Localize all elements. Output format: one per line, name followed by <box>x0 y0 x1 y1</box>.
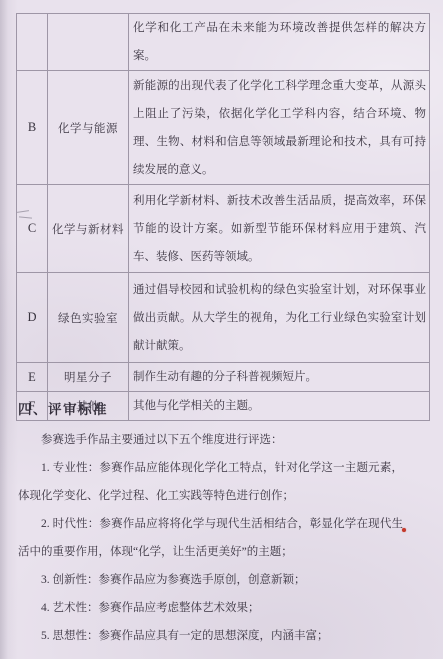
table-row-c: C 化学与新材料 利用化学新材料、新技术改善生活品质，提高效率，环保节能的设计方… <box>17 185 430 273</box>
criteria-intro: 参赛选手作品主要通过以下五个维度进行评选： <box>18 426 403 454</box>
topic-description-cell: 化学和化工产品在未来能为环境改善提供怎样的解决方案。 <box>129 14 430 71</box>
topic-letter-cell <box>17 14 48 71</box>
table-row-continuation: 化学和化工产品在未来能为环境改善提供怎样的解决方案。 <box>17 14 430 71</box>
criteria-item-3: 3. 创新性：参赛作品应为参赛选手原创，创意新颖； <box>18 566 403 594</box>
section-heading: 四、评审标准 <box>18 399 403 421</box>
topic-letter-cell: C <box>17 185 48 273</box>
topic-theme-cell <box>48 14 129 71</box>
topic-description-text: 利用化学新材料、新技术改善生活品质，提高效率，环保节能的设计方案。如新型节能环保… <box>133 187 426 271</box>
topic-description-text: 通过倡导校园和试验机构的绿色实验室计划，对环保事业做出贡献。从大学生的视角，为化… <box>133 276 426 360</box>
scanned-document-page: 化学和化工产品在未来能为环境改善提供怎样的解决方案。 B 化学与能源 新能源的出… <box>0 0 443 659</box>
table-row-d: D 绿色实验室 通过倡导校园和试验机构的绿色实验室计划，对环保事业做出贡献。从大… <box>17 273 430 363</box>
competition-topics-table: 化学和化工产品在未来能为环境改善提供怎样的解决方案。 B 化学与能源 新能源的出… <box>16 13 430 421</box>
topic-letter-cell: D <box>17 273 48 363</box>
topic-description-cell: 利用化学新材料、新技术改善生活品质，提高效率，环保节能的设计方案。如新型节能环保… <box>129 185 430 273</box>
criteria-item-1: 1. 专业性：参赛作品应能体现化学化工特点，针对化学这一主题元素，体现化学变化、… <box>18 454 403 510</box>
topic-description-text: 制作生动有趣的分子科普视频短片。 <box>133 363 426 391</box>
topic-description-text: 新能源的出现代表了化学化工科学理念重大变革，从源头上阻止了污染，依据化学化工学科… <box>133 72 426 184</box>
topic-theme-cell: 化学与新材料 <box>48 185 129 273</box>
topic-theme-cell: 明星分子 <box>48 363 129 392</box>
topic-description-text: 化学和化工产品在未来能为环境改善提供怎样的解决方案。 <box>133 14 426 70</box>
topic-description-cell: 通过倡导校园和试验机构的绿色实验室计划，对环保事业做出贡献。从大学生的视角，为化… <box>129 273 430 363</box>
topic-letter-cell: B <box>17 71 48 185</box>
criteria-item-2: 2. 时代性：参赛作品应将将化学与现代生活相结合，彰显化学在现代生活中的重要作用… <box>18 510 403 566</box>
review-criteria-section: 四、评审标准 参赛选手作品主要通过以下五个维度进行评选： 1. 专业性：参赛作品… <box>18 399 403 650</box>
table-row-e: E 明星分子 制作生动有趣的分子科普视频短片。 <box>17 363 430 392</box>
criteria-item-4: 4. 艺术性：参赛作品应考虑整体艺术效果； <box>18 594 403 622</box>
topic-theme-cell: 化学与能源 <box>48 71 129 185</box>
topic-description-cell: 新能源的出现代表了化学化工科学理念重大变革，从源头上阻止了污染，依据化学化工学科… <box>129 71 430 185</box>
topic-theme-cell: 绿色实验室 <box>48 273 129 363</box>
red-ink-dot <box>402 528 406 532</box>
topic-description-cell: 制作生动有趣的分子科普视频短片。 <box>129 363 430 392</box>
table-row-b: B 化学与能源 新能源的出现代表了化学化工科学理念重大变革，从源头上阻止了污染，… <box>17 71 430 185</box>
topic-letter-cell: E <box>17 363 48 392</box>
criteria-item-5: 5. 思想性：参赛作品应具有一定的思想深度，内涵丰富； <box>18 622 403 650</box>
